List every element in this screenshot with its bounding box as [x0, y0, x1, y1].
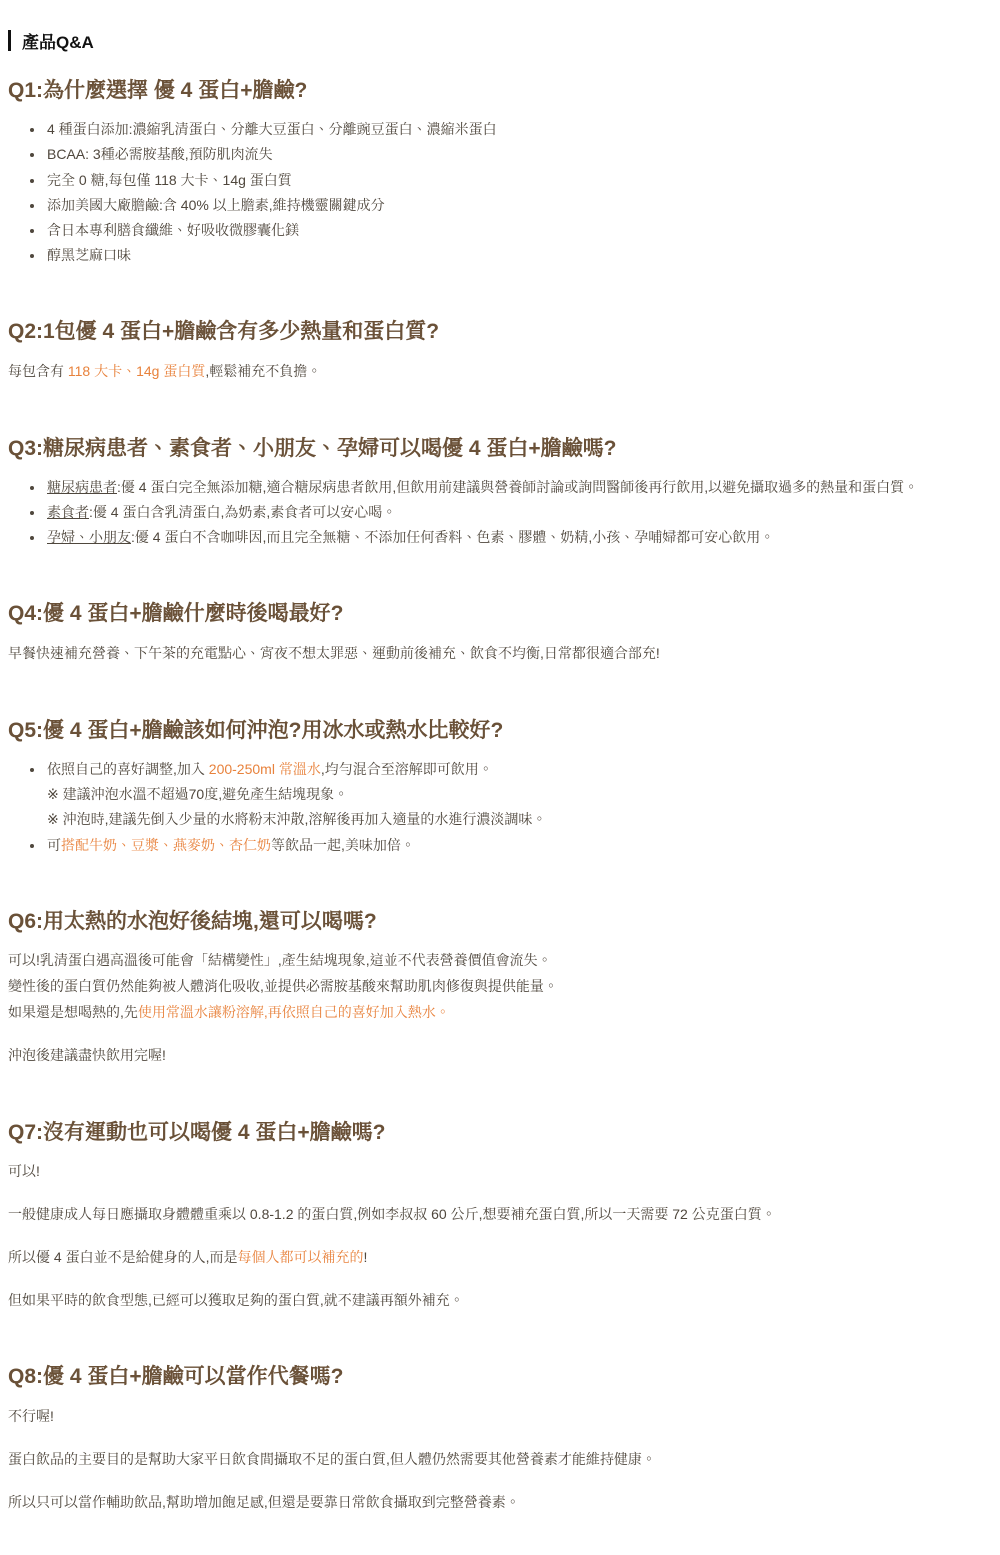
underlined-term: 孕婦、小朋友 [47, 529, 131, 545]
question-title-q5: Q5:優 4 蛋白+膽鹼該如何沖泡?用冰水或熱水比較好? [8, 717, 975, 744]
answer-paragraph: 但如果平時的飲食型態,已經可以獲取足夠的蛋白質,就不建議再額外補充。 [8, 1288, 975, 1314]
answer-bullet-item: 添加美國大廠膽鹼:含 40% 以上膽素,維持機靈關鍵成分 [45, 193, 975, 218]
bullet-text: 可搭配牛奶、豆漿、燕麥奶、杏仁奶等飲品一起,美味加倍。 [47, 833, 975, 858]
answer-bullet-item: 糖尿病患者:優 4 蛋白完全無添加糖,適合糖尿病患者飲用,但飲用前建議與營養師討… [45, 475, 975, 500]
text-segment: 所以只可以當作輔助飲品,幫助增加飽足感,但還是要靠日常飲食攝取到完整營養素。 [8, 1494, 520, 1510]
text-segment: ,均勻混合至溶解即可飲用。 [321, 761, 493, 777]
answer-bullet-item: 含日本專利膳食纖維、好吸收微膠囊化鎂 [45, 218, 975, 243]
paragraph-line: 所以優 4 蛋白並不是給健身的人,而是每個人都可以補充的! [8, 1245, 975, 1271]
highlight-text: 118 大卡、14g 蛋白質 [68, 363, 205, 379]
faq-section-q7: Q7:沒有運動也可以喝優 4 蛋白+膽鹼嗎?可以!一般健康成人每日應攝取身體體重… [8, 1119, 975, 1314]
answer-bullet-item: 醇黑芝麻口味 [45, 243, 975, 268]
bullet-note: ※ 沖泡時,建議先倒入少量的水將粉末沖散,溶解後再加入適量的水進行濃淡調味。 [47, 807, 975, 832]
bullet-text: BCAA: 3種必需胺基酸,預防肌肉流失 [47, 142, 975, 167]
text-segment: 可 [47, 837, 61, 853]
answer-bullet-item: 4 種蛋白添加:濃縮乳清蛋白、分離大豆蛋白、分離豌豆蛋白、濃縮米蛋白 [45, 117, 975, 142]
answer-bullet-list: 4 種蛋白添加:濃縮乳清蛋白、分離大豆蛋白、分離豌豆蛋白、濃縮米蛋白BCAA: … [8, 117, 975, 268]
text-segment: :優 4 蛋白完全無添加糖,適合糖尿病患者飲用,但飲用前建議與營養師討論或詢問醫… [117, 479, 918, 495]
highlight-text: 每個人都可以補充的 [237, 1249, 363, 1265]
answer-bullet-item: 完全 0 糖,每包僅 118 大卡、14g 蛋白質 [45, 168, 975, 193]
text-segment: 但如果平時的飲食型態,已經可以獲取足夠的蛋白質,就不建議再額外補充。 [8, 1292, 464, 1308]
text-segment: 添加美國大廠膽鹼:含 40% 以上膽素,維持機靈關鍵成分 [47, 197, 385, 213]
highlight-text: 200-250ml 常溫水 [209, 761, 321, 777]
question-title-q6: Q6:用太熱的水泡好後結塊,還可以喝嗎? [8, 908, 975, 935]
answer-bullet-item: 可搭配牛奶、豆漿、燕麥奶、杏仁奶等飲品一起,美味加倍。 [45, 833, 975, 858]
paragraph-line: 如果還是想喝熱的,先使用常溫水讓粉溶解,再依照自己的喜好加入熱水。 [8, 1000, 975, 1026]
answer-paragraph: 可以! [8, 1159, 975, 1185]
answer-paragraph: 蛋白飲品的主要目的是幫助大家平日飲食間攝取不足的蛋白質,但人體仍然需要其他營養素… [8, 1447, 975, 1473]
text-segment: BCAA: 3種必需胺基酸,預防肌肉流失 [47, 146, 273, 162]
paragraph-line: 早餐快速補充營養、下午茶的充電點心、宵夜不想太罪惡、運動前後補充、飲食不均衡,日… [8, 641, 975, 667]
bullet-text: 含日本專利膳食纖維、好吸收微膠囊化鎂 [47, 218, 975, 243]
bullet-text: 醇黑芝麻口味 [47, 243, 975, 268]
bullet-text: 素食者:優 4 蛋白含乳清蛋白,為奶素,素食者可以安心喝。 [47, 500, 975, 525]
underlined-term: 糖尿病患者 [47, 479, 117, 495]
underlined-term: 素食者 [47, 504, 89, 520]
answer-paragraph: 每包含有 118 大卡、14g 蛋白質,輕鬆補充不負擔。 [8, 359, 975, 385]
text-segment: 依照自己的喜好調整,加入 [47, 761, 209, 777]
text-segment: 如果還是想喝熱的,先 [8, 1004, 138, 1020]
paragraph-line: 一般健康成人每日應攝取身體體重乘以 0.8-1.2 的蛋白質,例如李叔叔 60 … [8, 1202, 975, 1228]
text-segment: 沖泡後建議盡快飲用完喔! [8, 1047, 166, 1063]
answer-bullet-item: BCAA: 3種必需胺基酸,預防肌肉流失 [45, 142, 975, 167]
text-segment: 4 種蛋白添加:濃縮乳清蛋白、分離大豆蛋白、分離豌豆蛋白、濃縮米蛋白 [47, 121, 497, 137]
question-title-q4: Q4:優 4 蛋白+膽鹼什麼時後喝最好? [8, 600, 975, 627]
bullet-text: 依照自己的喜好調整,加入 200-250ml 常溫水,均勻混合至溶解即可飲用。 [47, 757, 975, 782]
paragraph-line: 所以只可以當作輔助飲品,幫助增加飽足感,但還是要靠日常飲食攝取到完整營養素。 [8, 1490, 975, 1516]
answer-bullet-item: 依照自己的喜好調整,加入 200-250ml 常溫水,均勻混合至溶解即可飲用。※… [45, 757, 975, 833]
paragraph-line: 不行喔! [8, 1404, 975, 1430]
text-segment: :優 4 蛋白含乳清蛋白,為奶素,素食者可以安心喝。 [89, 504, 396, 520]
highlight-text: 使用常溫水讓粉溶解,再依照自己的喜好加入熱水。 [138, 1004, 450, 1020]
bullet-text: 孕婦、小朋友:優 4 蛋白不含咖啡因,而且完全無糖、不添加任何香料、色素、膠體、… [47, 525, 975, 550]
answer-paragraph: 沖泡後建議盡快飲用完喔! [8, 1043, 975, 1069]
text-segment: 所以優 4 蛋白並不是給健身的人,而是 [8, 1249, 237, 1265]
paragraph-line: 但如果平時的飲食型態,已經可以獲取足夠的蛋白質,就不建議再額外補充。 [8, 1288, 975, 1314]
question-title-q7: Q7:沒有運動也可以喝優 4 蛋白+膽鹼嗎? [8, 1119, 975, 1146]
text-segment: 變性後的蛋白質仍然能夠被人體消化吸收,並提供必需胺基酸來幫助肌肉修復與提供能量。 [8, 978, 558, 994]
bullet-text: 糖尿病患者:優 4 蛋白完全無添加糖,適合糖尿病患者飲用,但飲用前建議與營養師討… [47, 475, 975, 500]
faq-section-q6: Q6:用太熱的水泡好後結塊,還可以喝嗎?可以!乳清蛋白遇高溫後可能會「結構變性」… [8, 908, 975, 1069]
section-header: 產品Q&A [8, 28, 975, 53]
paragraph-line: 變性後的蛋白質仍然能夠被人體消化吸收,並提供必需胺基酸來幫助肌肉修復與提供能量。 [8, 974, 975, 1000]
answer-bullet-item: 孕婦、小朋友:優 4 蛋白不含咖啡因,而且完全無糖、不添加任何香料、色素、膠體、… [45, 525, 975, 550]
text-segment: 一般健康成人每日應攝取身體體重乘以 0.8-1.2 的蛋白質,例如李叔叔 60 … [8, 1206, 776, 1222]
answer-bullet-list: 依照自己的喜好調整,加入 200-250ml 常溫水,均勻混合至溶解即可飲用。※… [8, 757, 975, 858]
paragraph-line: 蛋白飲品的主要目的是幫助大家平日飲食間攝取不足的蛋白質,但人體仍然需要其他營養素… [8, 1447, 975, 1473]
bullet-text: 添加美國大廠膽鹼:含 40% 以上膽素,維持機靈關鍵成分 [47, 193, 975, 218]
question-title-q8: Q8:優 4 蛋白+膽鹼可以當作代餐嗎? [8, 1363, 975, 1390]
question-title-q2: Q2:1包優 4 蛋白+膽鹼含有多少熱量和蛋白質? [8, 318, 975, 345]
faq-list: Q1:為什麼選擇 優 4 蛋白+膽鹼?4 種蛋白添加:濃縮乳清蛋白、分離大豆蛋白… [8, 77, 975, 1515]
text-segment: 完全 0 糖,每包僅 118 大卡、14g 蛋白質 [47, 172, 292, 188]
page-title: 產品Q&A [22, 28, 94, 53]
text-segment: ! [363, 1249, 367, 1265]
text-segment: 含日本專利膳食纖維、好吸收微膠囊化鎂 [47, 222, 299, 238]
text-segment: 每包含有 [8, 363, 68, 379]
question-title-q1: Q1:為什麼選擇 優 4 蛋白+膽鹼? [8, 77, 975, 104]
faq-section-q5: Q5:優 4 蛋白+膽鹼該如何沖泡?用冰水或熱水比較好?依照自己的喜好調整,加入… [8, 717, 975, 858]
text-segment: 蛋白飲品的主要目的是幫助大家平日飲食間攝取不足的蛋白質,但人體仍然需要其他營養素… [8, 1451, 656, 1467]
paragraph-line: 可以!乳清蛋白遇高溫後可能會「結構變性」,產生結塊現象,這並不代表營養價值會流失… [8, 948, 975, 974]
answer-paragraph: 早餐快速補充營養、下午茶的充電點心、宵夜不想太罪惡、運動前後補充、飲食不均衡,日… [8, 641, 975, 667]
text-segment: 等飲品一起,美味加倍。 [271, 837, 415, 853]
bullet-note: ※ 建議沖泡水溫不超過70度,避免產生結塊現象。 [47, 782, 975, 807]
text-segment: 不行喔! [8, 1408, 54, 1424]
paragraph-line: 可以! [8, 1159, 975, 1185]
highlight-text: 搭配牛奶、豆漿、燕麥奶、杏仁奶 [61, 837, 271, 853]
text-segment: ,輕鬆補充不負擔。 [205, 363, 321, 379]
paragraph-line: 每包含有 118 大卡、14g 蛋白質,輕鬆補充不負擔。 [8, 359, 975, 385]
faq-section-q4: Q4:優 4 蛋白+膽鹼什麼時後喝最好?早餐快速補充營養、下午茶的充電點心、宵夜… [8, 600, 975, 666]
header-accent-bar [8, 30, 11, 51]
paragraph-line: 沖泡後建議盡快飲用完喔! [8, 1043, 975, 1069]
question-title-q3: Q3:糖尿病患者、素食者、小朋友、孕婦可以喝優 4 蛋白+膽鹼嗎? [8, 435, 975, 462]
text-segment: 可以!乳清蛋白遇高溫後可能會「結構變性」,產生結塊現象,這並不代表營養價值會流失… [8, 952, 552, 968]
answer-bullet-list: 糖尿病患者:優 4 蛋白完全無添加糖,適合糖尿病患者飲用,但飲用前建議與營養師討… [8, 475, 975, 551]
bullet-text: 4 種蛋白添加:濃縮乳清蛋白、分離大豆蛋白、分離豌豆蛋白、濃縮米蛋白 [47, 117, 975, 142]
text-segment: :優 4 蛋白不含咖啡因,而且完全無糖、不添加任何香料、色素、膠體、奶精,小孩、… [131, 529, 774, 545]
faq-section-q1: Q1:為什麼選擇 優 4 蛋白+膽鹼?4 種蛋白添加:濃縮乳清蛋白、分離大豆蛋白… [8, 77, 975, 268]
answer-bullet-item: 素食者:優 4 蛋白含乳清蛋白,為奶素,素食者可以安心喝。 [45, 500, 975, 525]
answer-paragraph: 所以優 4 蛋白並不是給健身的人,而是每個人都可以補充的! [8, 1245, 975, 1271]
bullet-text: 完全 0 糖,每包僅 118 大卡、14g 蛋白質 [47, 168, 975, 193]
faq-section-q3: Q3:糖尿病患者、素食者、小朋友、孕婦可以喝優 4 蛋白+膽鹼嗎?糖尿病患者:優… [8, 435, 975, 551]
text-segment: 可以! [8, 1163, 40, 1179]
text-segment: 早餐快速補充營養、下午茶的充電點心、宵夜不想太罪惡、運動前後補充、飲食不均衡,日… [8, 645, 660, 661]
answer-paragraph: 所以只可以當作輔助飲品,幫助增加飽足感,但還是要靠日常飲食攝取到完整營養素。 [8, 1490, 975, 1516]
answer-paragraph: 一般健康成人每日應攝取身體體重乘以 0.8-1.2 的蛋白質,例如李叔叔 60 … [8, 1202, 975, 1228]
answer-paragraph: 可以!乳清蛋白遇高溫後可能會「結構變性」,產生結塊現象,這並不代表營養價值會流失… [8, 948, 975, 1026]
answer-paragraph: 不行喔! [8, 1404, 975, 1430]
faq-section-q2: Q2:1包優 4 蛋白+膽鹼含有多少熱量和蛋白質?每包含有 118 大卡、14g… [8, 318, 975, 384]
text-segment: 醇黑芝麻口味 [47, 247, 131, 263]
faq-section-q8: Q8:優 4 蛋白+膽鹼可以當作代餐嗎?不行喔!蛋白飲品的主要目的是幫助大家平日… [8, 1363, 975, 1515]
